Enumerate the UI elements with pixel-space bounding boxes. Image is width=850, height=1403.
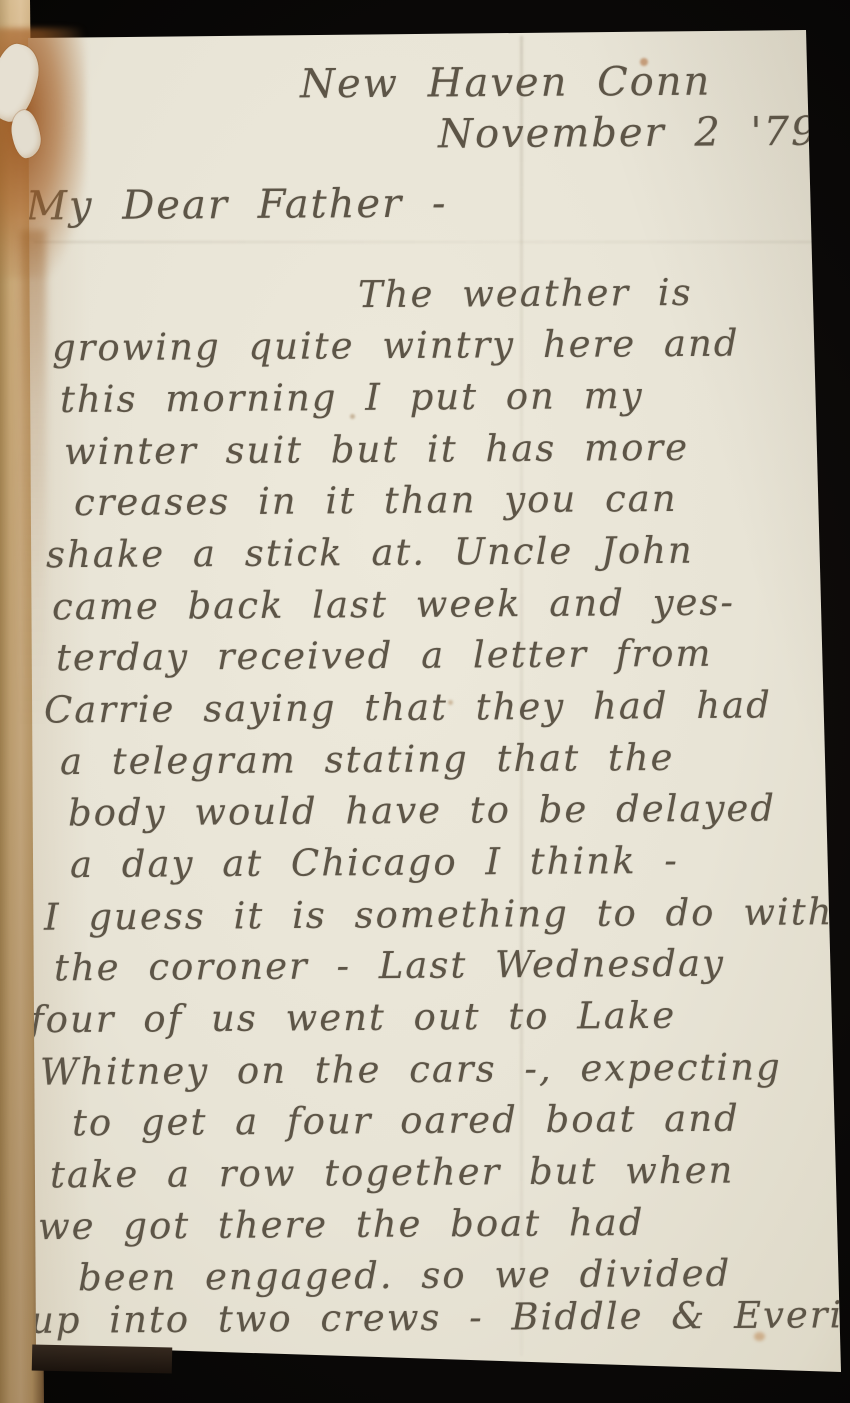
handwriting-line: came back last week and yes- — [52, 581, 735, 629]
fold-crease-horizontal — [34, 241, 824, 243]
handwriting-line: up into two crews - Biddle & Everit — [30, 1293, 850, 1342]
handwriting-line: been engaged. so we divided — [78, 1252, 731, 1300]
handwriting-line: take a row together but when — [50, 1149, 735, 1197]
handwriting-line: winter suit but it has more — [64, 426, 689, 473]
handwriting-line: a day at Chicago I think - — [70, 839, 679, 886]
photo-stage: New Haven Conn November 2 '79. My Dear F… — [0, 0, 850, 1403]
handwriting-line: a telegram stating that the — [60, 736, 675, 783]
handwriting-line: The weather is — [358, 271, 693, 316]
handwriting-line: we got there the boat had — [38, 1201, 645, 1248]
foxing-spot — [640, 58, 648, 66]
foxing-spot — [350, 414, 355, 419]
handwriting-line: to get a four oared boat and — [72, 1097, 740, 1145]
handwriting-line: I guess it is something to do with — [44, 890, 834, 939]
handwriting-line: the coroner - Last Wednesday — [54, 942, 725, 990]
handwriting-line: growing quite wintry here and — [52, 322, 740, 370]
handwriting-line: creases in it than you can — [74, 477, 678, 524]
handwriting-line: four of us went out to Lake — [30, 994, 676, 1042]
handwriting-line: Carrie saying that they had had — [44, 683, 772, 731]
letter-page: New Haven Conn November 2 '79. My Dear F… — [0, 0, 850, 1403]
handwriting-line: terday received a letter from — [56, 632, 713, 680]
foxing-spot — [754, 1332, 765, 1341]
underlying-page-edge — [32, 1345, 173, 1374]
handwriting-line: Whitney on the cars -, expecting — [40, 1045, 782, 1093]
foxing-spot — [448, 700, 453, 705]
place-line: New Haven Conn — [300, 59, 712, 108]
handwriting-line: shake a stick at. Uncle John — [46, 529, 694, 577]
salutation: My Dear Father - — [26, 181, 448, 230]
adhesive-stain-streak — [20, 230, 46, 730]
handwriting-line: body would have to be delayed — [68, 787, 776, 835]
date-line: November 2 '79. — [438, 109, 833, 158]
